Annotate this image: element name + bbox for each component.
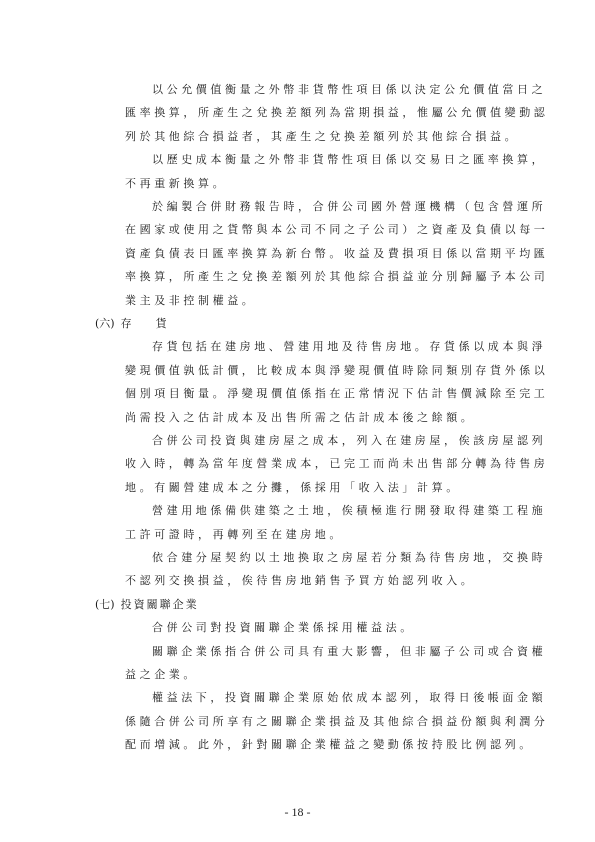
paragraph-line: 合併公司投資與建房屋之成本，列入在建房屋，俟該房屋認列: [152, 433, 546, 449]
paragraph-line: 不再重新換算。: [125, 176, 227, 192]
paragraph-line: 收入時，轉為當年度營業成本，已完工而尚未出售部分轉為待售房: [125, 456, 548, 472]
paragraph-line: 個別項目衡量。淨變現價值係指在正常情況下估計售價減除至完工: [125, 386, 548, 402]
paragraph-line: 於編製合併財務報告時，合併公司國外營運機構（包含營運所: [152, 199, 546, 215]
paragraph-line: 匯率換算，所產生之兌換差額列為當期損益，惟屬公允價值變動認: [125, 105, 548, 121]
paragraph-line: 依合建分屋契約以土地換取之房屋若分類為待售房地，交換時: [152, 550, 546, 566]
paragraph-line: 尚需投入之估計成本及出售所需之估計成本後之餘額。: [125, 410, 475, 426]
paragraph-line: 在國家或使用之貨幣與本公司不同之子公司）之資產及負債以每一: [125, 222, 548, 238]
paragraph-line: 配而增減。此外，針對關聯企業權益之變動係按持股比例認列。: [125, 737, 534, 753]
paragraph-line: 資產負債表日匯率換算為新台幣。收益及費損項目係以當期平均匯: [125, 246, 548, 262]
paragraph-line: 係隨合併公司所享有之關聯企業損益及其他綜合損益份額與利潤分: [125, 714, 548, 730]
paragraph-line: 合併公司對投資關聯企業係採用權益法。: [152, 620, 415, 636]
page-number: - 18 -: [0, 805, 595, 820]
paragraph-line: 工許可證時，再轉列至在建房地。: [125, 527, 344, 543]
section-title-part2: 貨: [156, 317, 169, 330]
paragraph-line: 益之企業。: [125, 667, 198, 683]
paragraph-line: 以歷史成本衡量之外幣非貨幣性項目係以交易日之匯率換算，: [152, 152, 546, 168]
paragraph-line: 營建用地係備供建築之土地，俟積極進行開發取得建築工程施: [152, 503, 546, 519]
section-heading-inventory: (六)存貨: [95, 316, 169, 332]
section-number: (七): [95, 598, 115, 611]
document-page: 以公允價值衡量之外幣非貨幣性項目係以決定公允價值當日之 匯率換算，所產生之兌換差…: [0, 0, 595, 842]
paragraph-line: 權益法下，投資關聯企業原始依成本認列，取得日後帳面金額: [152, 690, 546, 706]
section-title-part1: 存: [121, 317, 134, 330]
paragraph-line: 關聯企業係指合併公司具有重大影響，但非屬子公司或合資權: [152, 644, 546, 660]
paragraph-line: 存貨包括在建房地、營建用地及待售房地。存貨係以成本與淨: [152, 339, 546, 355]
section-heading-associates: (七)投資關聯企業: [95, 597, 199, 613]
section-title: 投資關聯企業: [121, 598, 199, 611]
paragraph-line: 業主及非控制權益。: [125, 293, 256, 309]
section-number: (六): [95, 317, 115, 330]
paragraph-line: 以公允價值衡量之外幣非貨幣性項目係以決定公允價值當日之: [152, 82, 546, 98]
paragraph-line: 不認列交換損益，俟待售房地銷售予買方始認列收入。: [125, 573, 475, 589]
paragraph-line: 變現價值孰低計價，比較成本與淨變現價值時除同類別存貨外係以: [125, 363, 548, 379]
paragraph-line: 率換算，所產生之兌換差額列於其他綜合損益並分別歸屬予本公司: [125, 269, 548, 285]
paragraph-line: 地。有關營建成本之分攤，係採用「收入法」計算。: [125, 480, 461, 496]
paragraph-line: 列於其他綜合損益者，其產生之兌換差額列於其他綜合損益。: [125, 129, 519, 145]
